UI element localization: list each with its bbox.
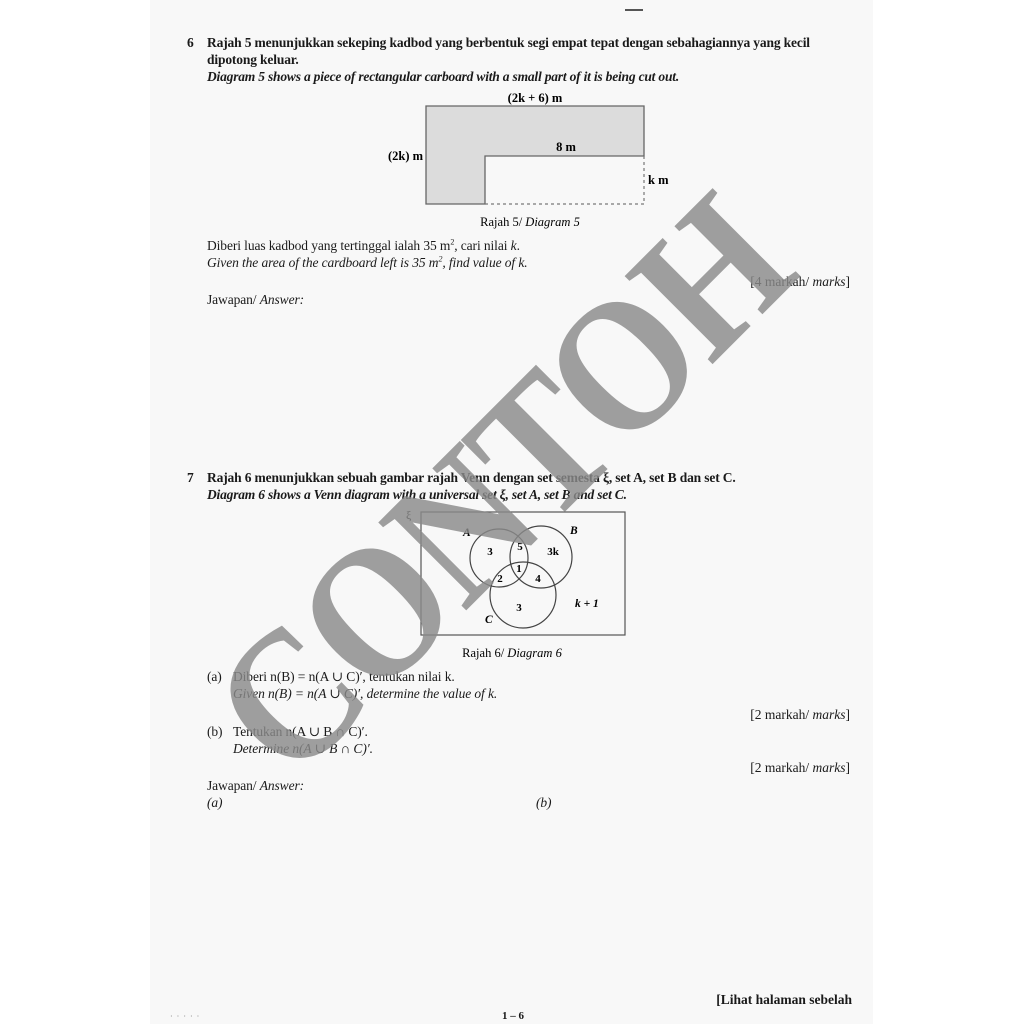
- part-b-label: (b): [207, 724, 222, 740]
- footer-see-next-page: [Lihat halaman sebelah: [716, 992, 852, 1008]
- question-6-given-malay: Diberi luas kadbod yang tertinggal ialah…: [207, 238, 520, 254]
- part-b-malay: Tentukan n(A ∪ B ∩ C)′.: [233, 724, 368, 740]
- question-6-answer-label: Jawapan/ Answer:: [207, 292, 304, 308]
- set-b-label: B: [569, 525, 578, 537]
- part-a-english: Given n(B) = n(A ∪ C)′, determine the va…: [233, 686, 497, 702]
- answer-b-label: (b): [536, 795, 551, 811]
- diagram-5-caption: Rajah 5/ Diagram 5: [480, 215, 580, 229]
- answer-a-label: (a): [207, 795, 222, 811]
- part-a-label: (a): [207, 669, 222, 685]
- question-6-malay-line2: dipotong keluar.: [207, 52, 299, 68]
- region-c-only: 3: [516, 602, 522, 614]
- region-b-c: 4: [535, 573, 541, 585]
- part-a-malay: Diberi n(B) = n(A ∪ C)′, tentukan nilai …: [233, 669, 455, 685]
- region-a-only: 3: [487, 546, 493, 558]
- question-6-number: 6: [187, 35, 194, 51]
- label-inner: 8 m: [556, 140, 576, 154]
- cutout-dashed-edge: [485, 156, 644, 204]
- region-a-b: 5: [517, 541, 523, 553]
- question-6-marks: [4 markah/ marks]: [750, 274, 850, 290]
- label-top: (2k + 6) m: [508, 91, 563, 105]
- diagram-6-caption: Rajah 6/ Diagram 6: [462, 646, 562, 660]
- region-a-b-c: 1: [516, 563, 522, 575]
- label-left: (2k) m: [388, 149, 424, 163]
- question-7-number: 7: [187, 470, 194, 486]
- part-b-marks: [2 markah/ marks]: [750, 760, 850, 776]
- diagram-6-venn: ξ A B C 3 5 3k 1 2 4 3 k + 1 Rajah 6/ Di…: [395, 505, 635, 665]
- footer-left-code: · · · · ·: [170, 1012, 200, 1021]
- region-a-c: 2: [497, 573, 503, 585]
- universal-symbol: ξ: [406, 508, 412, 522]
- question-7-english: Diagram 6 shows a Venn diagram with a un…: [207, 487, 627, 503]
- page-top-dash: [625, 9, 643, 11]
- cardboard-shape: [426, 106, 644, 204]
- set-c-circle: [490, 562, 556, 628]
- question-6-malay-line1: Rajah 5 menunjukkan sekeping kadbod yang…: [207, 35, 810, 51]
- label-right: k m: [648, 173, 669, 187]
- question-7-malay: Rajah 6 menunjukkan sebuah gambar rajah …: [207, 470, 736, 486]
- set-a-label: A: [462, 527, 471, 539]
- region-b-only: 3k: [547, 546, 560, 558]
- part-b-english: Determine n(A ∪ B ∩ C)′.: [233, 741, 373, 757]
- question-7-answer-label: Jawapan/ Answer:: [207, 778, 304, 794]
- question-6-given-english: Given the area of the cardboard left is …: [207, 255, 528, 271]
- part-a-marks: [2 markah/ marks]: [750, 707, 850, 723]
- set-b-circle: [510, 526, 572, 588]
- region-outside: k + 1: [575, 598, 599, 610]
- footer-page-number: 1 – 6: [502, 1010, 524, 1022]
- question-6-english: Diagram 5 shows a piece of rectangular c…: [207, 69, 679, 85]
- set-c-label: C: [485, 614, 493, 626]
- diagram-5-cardboard: (2k + 6) m (2k) m 8 m k m Rajah 5/ Diagr…: [370, 88, 690, 233]
